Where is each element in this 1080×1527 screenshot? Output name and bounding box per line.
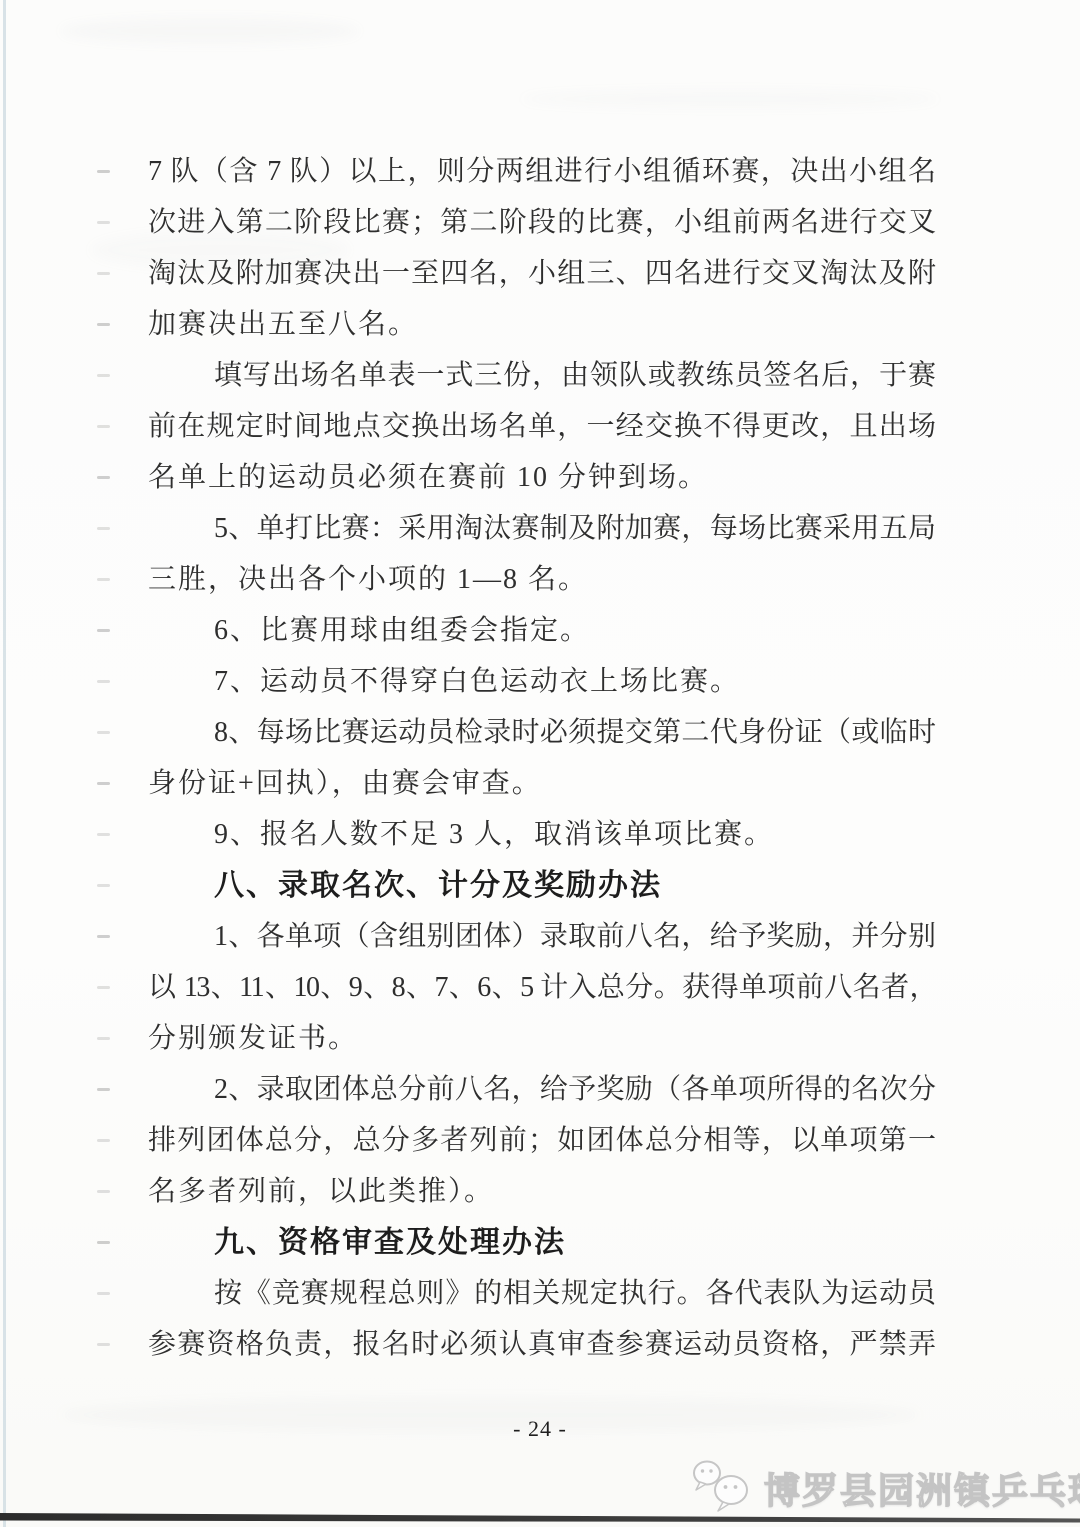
scan-artifact <box>97 527 110 530</box>
section-heading: 九、资格审查及处理办法 <box>148 1217 936 1268</box>
text-line: 次进入第二阶段比赛；第二阶段的比赛，小组前两名进行交叉 <box>148 197 936 248</box>
text-line: 名单上的运动员必须在赛前 10 分钟到场。 <box>148 452 936 503</box>
scan-artifact <box>97 1292 110 1295</box>
text-line: 按《竞赛规程总则》的相关规定执行。各代表队为运动员 <box>148 1268 936 1319</box>
scan-artifact <box>97 323 110 326</box>
text-line: 分别颁发证书。 <box>148 1013 936 1064</box>
scan-artifact <box>97 935 110 938</box>
text-line: 2、录取团体总分前八名，给予奖励（各单项所得的名次分 <box>148 1064 936 1115</box>
scan-smudge <box>520 90 940 108</box>
text-line: 6、比赛用球由组委会指定。 <box>148 605 936 656</box>
scan-artifact <box>97 1343 110 1346</box>
scan-artifact <box>97 1037 110 1040</box>
scan-artifact <box>97 578 110 581</box>
scan-artifact <box>97 170 110 173</box>
section-heading: 八、录取名次、计分及奖励办法 <box>148 860 936 911</box>
text-line: 排列团体总分，总分多者列前；如团体总分相等，以单项第一 <box>148 1115 936 1166</box>
text-line: 参赛资格负责，报名时必须认真审查参赛运动员资格，严禁弄 <box>148 1319 936 1370</box>
text-line: 7 队（含 7 队）以上，则分两组进行小组循环赛，决出小组名 <box>148 146 936 197</box>
text-line: 9、报名人数不足 3 人，取消该单项比赛。 <box>148 809 936 860</box>
scan-artifact <box>97 629 110 632</box>
scan-artifact <box>97 731 110 734</box>
text-line: 以 13、11、10、9、8、7、6、5 计入总分。获得单项前八名者， <box>148 962 936 1013</box>
text-line: 身份证+回执），由赛会审查。 <box>148 758 936 809</box>
watermark-text: 博罗县园洲镇乒乓球协会 <box>764 1463 1080 1514</box>
text-line: 8、每场比赛运动员检录时必须提交第二代身份证（或临时 <box>148 707 936 758</box>
text-line: 填写出场名单表一式三份，由领队或教练员签名后，于赛 <box>148 350 936 401</box>
scan-artifact <box>97 1088 110 1091</box>
page-edge-shadow <box>0 1510 1080 1527</box>
scan-artifact <box>97 680 110 683</box>
scan-artifact <box>97 374 110 377</box>
scan-artifact <box>97 884 110 887</box>
scan-artifact <box>97 986 110 989</box>
scan-artifact <box>97 833 110 836</box>
text-line: 加赛决出五至八名。 <box>148 299 936 350</box>
text-line: 三胜，决出各个小项的 1—8 名。 <box>148 554 936 605</box>
page-edge-line <box>3 0 6 1527</box>
scan-artifact <box>97 221 110 224</box>
page-number: - 24 - <box>0 1416 1080 1442</box>
scan-artifact <box>97 1190 110 1193</box>
scan-artifact <box>97 1139 110 1142</box>
scan-artifact <box>97 272 110 275</box>
scan-smudge <box>60 18 360 44</box>
document-page: 7 队（含 7 队）以上，则分两组进行小组循环赛，决出小组名 次进入第二阶段比赛… <box>0 0 1080 1527</box>
scan-artifact <box>97 782 110 785</box>
text-line: 1、各单项（含组别团体）录取前八名，给予奖励，并分别 <box>148 911 936 962</box>
body-text-column: 7 队（含 7 队）以上，则分两组进行小组循环赛，决出小组名 次进入第二阶段比赛… <box>148 146 936 1370</box>
text-line: 淘汰及附加赛决出一至四名，小组三、四名进行交叉淘汰及附 <box>148 248 936 299</box>
scan-artifact <box>97 476 110 479</box>
text-line: 前在规定时间地点交换出场名单，一经交换不得更改，且出场 <box>148 401 936 452</box>
scan-artifact <box>97 1241 110 1244</box>
text-line: 5、单打比赛：采用淘汰赛制及附加赛，每场比赛采用五局 <box>148 503 936 554</box>
scan-artifact <box>97 425 110 428</box>
text-line: 7、运动员不得穿白色运动衣上场比赛。 <box>148 656 936 707</box>
text-line: 名多者列前，以此类推）。 <box>148 1166 936 1217</box>
